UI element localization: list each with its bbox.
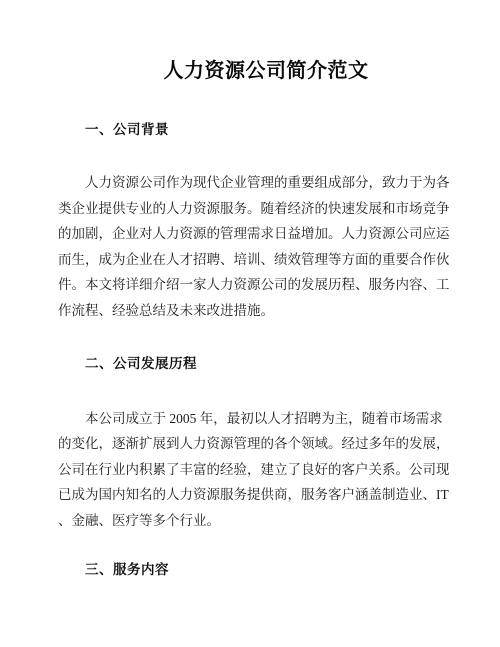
- paragraph-company-background: 人力资源公司作为现代企业管理的重要组成部分，致力于为各 类企业提供专业的人力资源…: [58, 170, 448, 324]
- paragraph-development-history: 本公司成立于 2005 年，最初以人才招聘为主，随着市场需求 的变化，逐渐扩展到…: [58, 406, 448, 534]
- document-page: 人力资源公司简介范文 一、公司背景 人力资源公司作为现代企业管理的重要组成部分，…: [0, 0, 500, 647]
- paragraph-line: 类企业提供专业的人力资源服务。随着经济的快速发展和市场竞争: [58, 196, 448, 222]
- paragraph-line: 、金融、医疗等多个行业。: [58, 508, 448, 534]
- paragraph-line: 件。本文将详细介绍一家人力资源公司的发展历程、服务内容、工: [58, 272, 448, 298]
- paragraph-line: 人力资源公司作为现代企业管理的重要组成部分，致力于为各: [58, 170, 448, 196]
- paragraph-line: 的变化，逐渐扩展到人力资源管理的各个领域。经过多年的发展，: [58, 431, 448, 457]
- section-heading-service-content: 三、服务内容: [58, 560, 448, 580]
- section-heading-company-background: 一、公司背景: [58, 120, 448, 140]
- paragraph-line: 作流程、经验总结及未来改进措施。: [58, 298, 448, 324]
- section-heading-development-history: 二、公司发展历程: [58, 354, 448, 374]
- paragraph-line: 而生，成为企业在人才招聘、培训、绩效管理等方面的重要合作伙: [58, 247, 448, 273]
- paragraph-line: 公司在行业内积累了丰富的经验，建立了良好的客户关系。公司现: [58, 457, 448, 483]
- document-title: 人力资源公司简介范文: [71, 0, 461, 86]
- paragraph-line: 本公司成立于 2005 年，最初以人才招聘为主，随着市场需求: [58, 406, 448, 432]
- document-content: 人力资源公司简介范文 一、公司背景 人力资源公司作为现代企业管理的重要组成部分，…: [0, 0, 500, 580]
- paragraph-line: 已成为国内知名的人力资源服务提供商，服务客户涵盖制造业、IT: [58, 482, 448, 508]
- paragraph-line: 的加剧，企业对人力资源的管理需求日益增加。人力资源公司应运: [58, 221, 448, 247]
